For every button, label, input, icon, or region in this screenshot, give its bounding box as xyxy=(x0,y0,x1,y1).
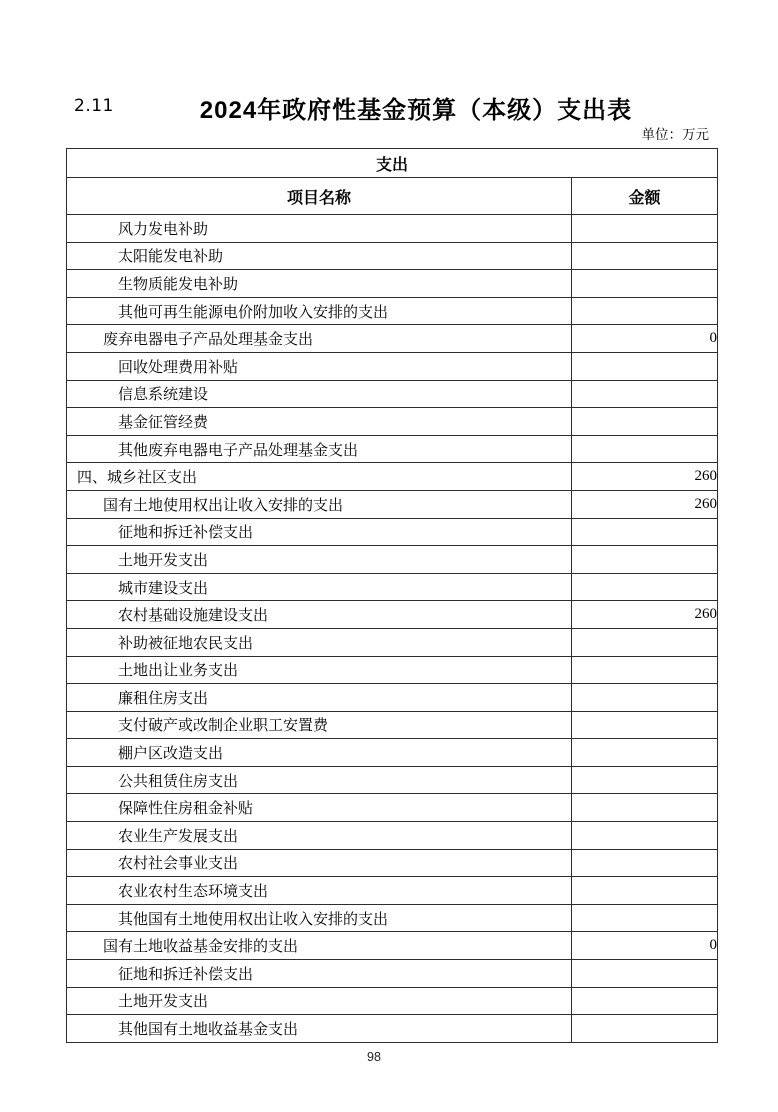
row-label: 其他国有土地收益基金支出 xyxy=(67,1015,572,1043)
row-amount: 0 xyxy=(572,932,718,960)
column-header-amount: 金额 xyxy=(572,178,718,215)
row-label: 征地和拆迁补偿支出 xyxy=(67,960,572,988)
row-label: 补助被征地农民支出 xyxy=(67,628,572,656)
row-amount: 260 xyxy=(572,490,718,518)
table-title: 支出 xyxy=(67,149,718,178)
table-row: 棚户区改造支出 xyxy=(67,739,718,767)
table-row: 基金征管经费 xyxy=(67,408,718,436)
row-amount xyxy=(572,766,718,794)
table-row: 城市建设支出 xyxy=(67,573,718,601)
row-amount xyxy=(572,822,718,850)
table-row: 国有土地使用权出让收入安排的支出260 xyxy=(67,490,718,518)
table-row: 信息系统建设 xyxy=(67,380,718,408)
row-label: 信息系统建设 xyxy=(67,380,572,408)
table-row: 国有土地收益基金安排的支出0 xyxy=(67,932,718,960)
row-amount xyxy=(572,435,718,463)
document-page: 2.11 2024年政府性基金预算（本级）支出表 单位：万元 支出 项目名称 金… xyxy=(0,0,778,1112)
row-label: 风力发电补助 xyxy=(67,215,572,243)
table-row: 太阳能发电补助 xyxy=(67,242,718,270)
row-amount xyxy=(572,270,718,298)
row-amount xyxy=(572,546,718,574)
row-label: 公共租赁住房支出 xyxy=(67,766,572,794)
page-number: 98 xyxy=(0,1050,748,1064)
table-row: 征地和拆迁补偿支出 xyxy=(67,518,718,546)
table-row: 征地和拆迁补偿支出 xyxy=(67,960,718,988)
table-row: 公共租赁住房支出 xyxy=(67,766,718,794)
table-row: 农业生产发展支出 xyxy=(67,822,718,850)
row-label: 生物质能发电补助 xyxy=(67,270,572,298)
row-amount xyxy=(572,904,718,932)
row-label: 土地出让业务支出 xyxy=(67,656,572,684)
row-amount xyxy=(572,960,718,988)
row-label: 其他废弃电器电子产品处理基金支出 xyxy=(67,435,572,463)
table-row: 回收处理费用补贴 xyxy=(67,352,718,380)
row-label: 国有土地使用权出让收入安排的支出 xyxy=(67,490,572,518)
row-amount xyxy=(572,352,718,380)
document-header: 2.11 2024年政府性基金预算（本级）支出表 xyxy=(0,90,778,126)
row-label: 农业生产发展支出 xyxy=(67,822,572,850)
row-label: 支付破产或改制企业职工安置费 xyxy=(67,711,572,739)
expenditure-table: 支出 项目名称 金额 风力发电补助太阳能发电补助生物质能发电补助其他可再生能源电… xyxy=(66,148,718,1043)
table-row: 补助被征地农民支出 xyxy=(67,628,718,656)
row-amount xyxy=(572,877,718,905)
table-row: 四、城乡社区支出260 xyxy=(67,463,718,491)
row-label: 国有土地收益基金安排的支出 xyxy=(67,932,572,960)
row-label: 回收处理费用补贴 xyxy=(67,352,572,380)
row-label: 土地开发支出 xyxy=(67,546,572,574)
table-row: 支付破产或改制企业职工安置费 xyxy=(67,711,718,739)
row-label: 农村基础设施建设支出 xyxy=(67,601,572,629)
row-label: 基金征管经费 xyxy=(67,408,572,436)
row-label: 廉租住房支出 xyxy=(67,684,572,712)
row-label: 农村社会事业支出 xyxy=(67,849,572,877)
table-row: 其他可再生能源电价附加收入安排的支出 xyxy=(67,297,718,325)
column-header-row: 项目名称 金额 xyxy=(67,178,718,215)
row-amount xyxy=(572,215,718,243)
row-amount xyxy=(572,518,718,546)
row-amount xyxy=(572,380,718,408)
row-amount: 260 xyxy=(572,601,718,629)
row-amount xyxy=(572,297,718,325)
row-amount xyxy=(572,849,718,877)
row-amount xyxy=(572,739,718,767)
row-label: 保障性住房租金补贴 xyxy=(67,794,572,822)
table-row: 保障性住房租金补贴 xyxy=(67,794,718,822)
row-amount xyxy=(572,628,718,656)
row-amount: 0 xyxy=(572,325,718,353)
table-row: 土地开发支出 xyxy=(67,546,718,574)
table-row: 废弃电器电子产品处理基金支出0 xyxy=(67,325,718,353)
table-title-row: 支出 xyxy=(67,149,718,178)
row-label: 其他国有土地使用权出让收入安排的支出 xyxy=(67,904,572,932)
row-label: 棚户区改造支出 xyxy=(67,739,572,767)
row-label: 征地和拆迁补偿支出 xyxy=(67,518,572,546)
row-amount xyxy=(572,573,718,601)
table-row: 其他国有土地使用权出让收入安排的支出 xyxy=(67,904,718,932)
table-row: 农村基础设施建设支出260 xyxy=(67,601,718,629)
row-amount: 260 xyxy=(572,463,718,491)
row-amount xyxy=(572,242,718,270)
row-amount xyxy=(572,1015,718,1043)
row-amount xyxy=(572,794,718,822)
column-header-name: 项目名称 xyxy=(67,178,572,215)
table-row: 土地出让业务支出 xyxy=(67,656,718,684)
table-body: 风力发电补助太阳能发电补助生物质能发电补助其他可再生能源电价附加收入安排的支出废… xyxy=(67,215,718,1043)
row-label: 四、城乡社区支出 xyxy=(67,463,572,491)
row-label: 农业农村生态环境支出 xyxy=(67,877,572,905)
table-row: 其他国有土地收益基金支出 xyxy=(67,1015,718,1043)
row-label: 其他可再生能源电价附加收入安排的支出 xyxy=(67,297,572,325)
table-row: 土地开发支出 xyxy=(67,987,718,1015)
table-row: 生物质能发电补助 xyxy=(67,270,718,298)
table-row: 农村社会事业支出 xyxy=(67,849,718,877)
row-amount xyxy=(572,408,718,436)
row-label: 太阳能发电补助 xyxy=(67,242,572,270)
table-row: 风力发电补助 xyxy=(67,215,718,243)
table-row: 廉租住房支出 xyxy=(67,684,718,712)
row-amount xyxy=(572,684,718,712)
row-amount xyxy=(572,656,718,684)
row-amount xyxy=(572,711,718,739)
row-amount xyxy=(572,987,718,1015)
table-row: 农业农村生态环境支出 xyxy=(67,877,718,905)
row-label: 土地开发支出 xyxy=(67,987,572,1015)
table-row: 其他废弃电器电子产品处理基金支出 xyxy=(67,435,718,463)
row-label: 废弃电器电子产品处理基金支出 xyxy=(67,325,572,353)
row-label: 城市建设支出 xyxy=(67,573,572,601)
page-title: 2024年政府性基金预算（本级）支出表 xyxy=(66,90,766,125)
unit-label: 单位：万元 xyxy=(66,123,709,143)
